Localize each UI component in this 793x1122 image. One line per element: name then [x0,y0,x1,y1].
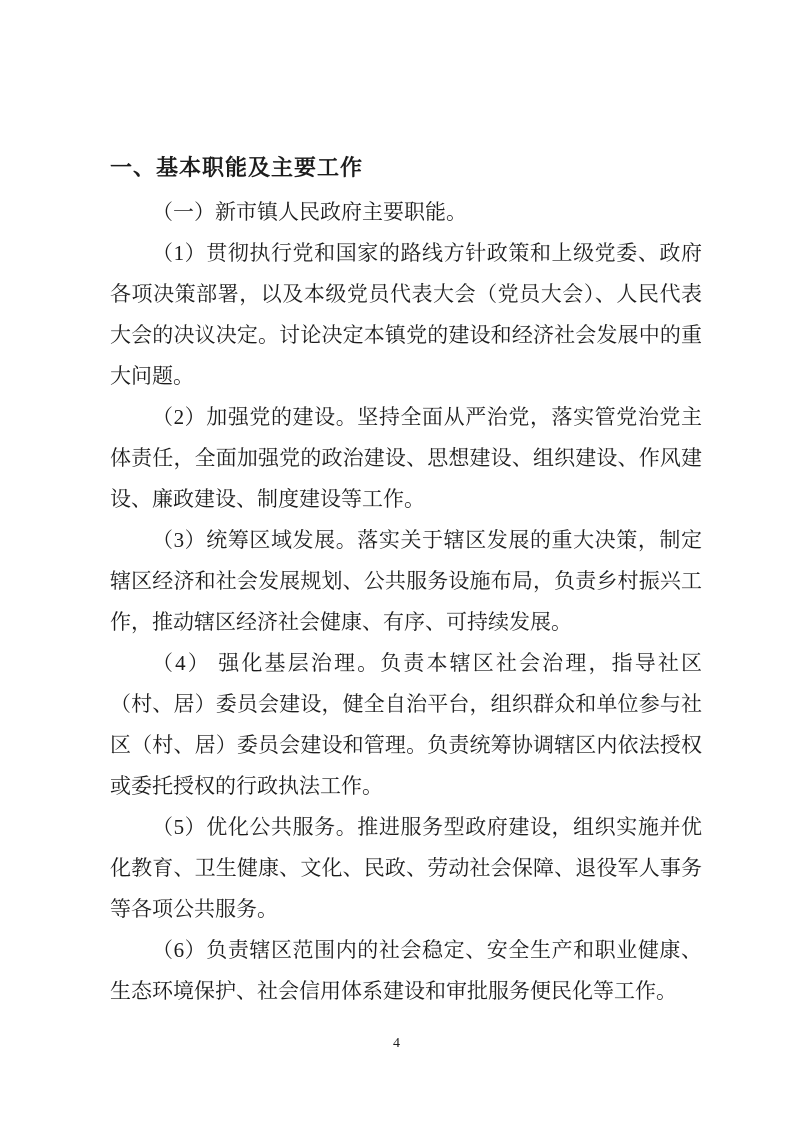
body-paragraph: （4） 强化基层治理。负责本辖区社会治理，指导社区（村、居）委员会建设，健全自治… [110,643,702,807]
subsection-heading: （一）新市镇人民政府主要职能。 [110,192,702,233]
body-paragraph: （2）加强党的建设。坚持全面从严治党，落实管党治党主体责任，全面加强党的政治建设… [110,397,702,520]
body-paragraph: （6）负责辖区范围内的社会稳定、安全生产和职业健康、生态环境保护、社会信用体系建… [110,930,702,1012]
body-paragraph: （5）优化公共服务。推进服务型政府建设，组织实施并优化教育、卫生健康、文化、民政… [110,807,702,930]
body-paragraph: （1）贯彻执行党和国家的路线方针政策和上级党委、政府各项决策部署，以及本级党员代… [110,233,702,397]
document-body: 一、基本职能及主要工作 （一）新市镇人民政府主要职能。 （1）贯彻执行党和国家的… [110,147,702,1012]
section-heading: 一、基本职能及主要工作 [110,147,702,188]
page-number: 4 [0,1036,793,1052]
document-page: 一、基本职能及主要工作 （一）新市镇人民政府主要职能。 （1）贯彻执行党和国家的… [0,0,793,1122]
body-paragraph: （3）统筹区域发展。落实关于辖区发展的重大决策，制定辖区经济和社会发展规划、公共… [110,520,702,643]
